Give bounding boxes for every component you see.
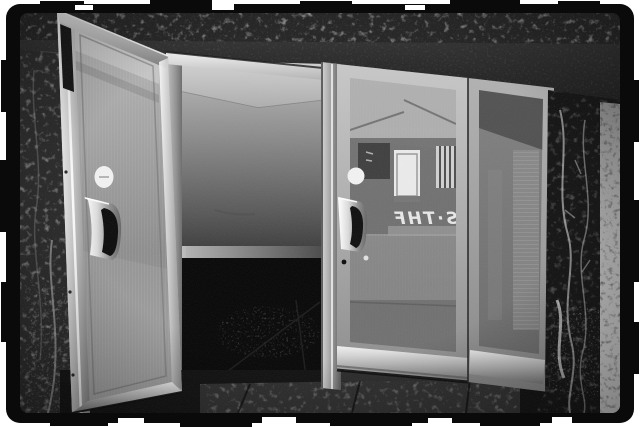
photograph-print: Building entrance framed in dark veined … [0, 0, 640, 427]
photo-svg: Building entrance framed in dark veined … [0, 0, 640, 427]
film-grain [20, 13, 620, 413]
photo-content: S·THF [20, 10, 620, 413]
